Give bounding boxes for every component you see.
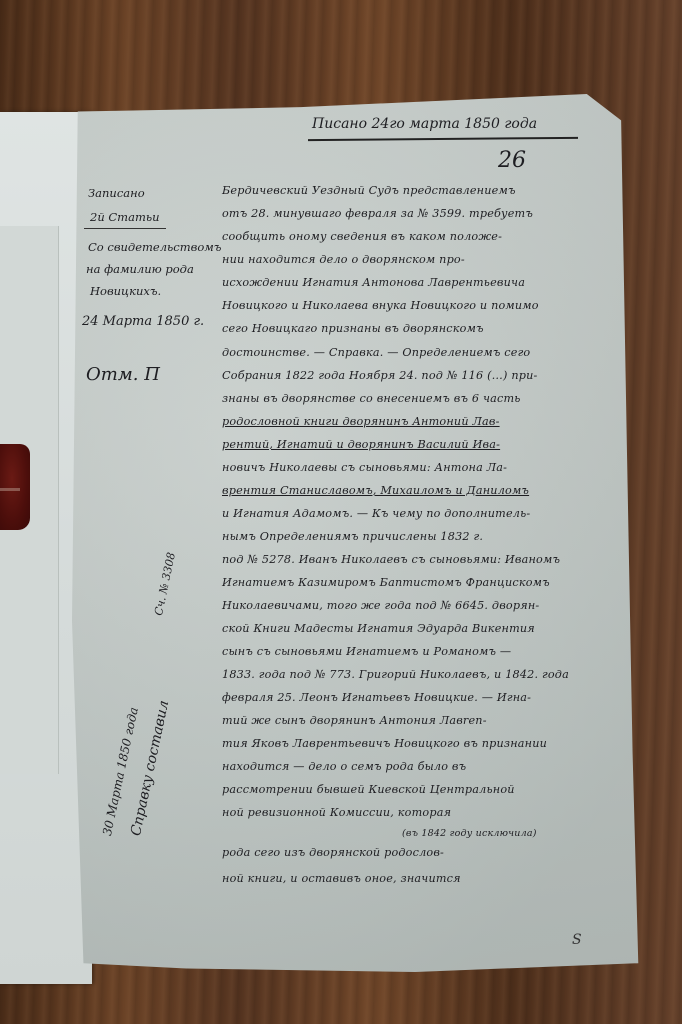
interlinear-insertion: (въ 1842 году исключила) — [402, 828, 537, 839]
wax-seal — [0, 444, 30, 530]
body-line: сынъ съ сыновьями Игнатиемъ и Романомъ — — [222, 645, 511, 658]
body-line: Николаевичами, того же года под № 6645. … — [222, 599, 539, 612]
document-header: Писано 24го марта 1850 года — [312, 116, 537, 132]
folio-number: 26 — [498, 148, 526, 173]
document-page: Писано 24го марта 1850 года 26 Записано … — [72, 94, 644, 972]
margin-note: Записано — [88, 186, 145, 200]
end-mark: S — [572, 932, 582, 948]
body-line: Собрания 1822 года Ноября 24. под № 116 … — [222, 369, 538, 382]
body-line: рода сего изъ дворянской родослов- — [222, 846, 444, 859]
body-line: ной книги, и оставивъ оное, значится — [222, 872, 461, 885]
body-line: нии находится дело о дворянском про- — [222, 253, 465, 266]
body-line: под № 5278. Иванъ Николаевъ съ сыновьями… — [222, 553, 560, 566]
body-line: Новицкого и Николаева внука Новицкого и … — [222, 299, 539, 312]
body-line: тия Яковъ Лаврентьевичъ Новицкого въ при… — [222, 737, 547, 750]
body-line: новичъ Николаевы съ сыновьями: Антона Ла… — [222, 461, 507, 474]
body-line: ной ревизионной Комиссии, которая — [222, 806, 451, 819]
margin-note: Со свидетельствомъ — [88, 240, 221, 254]
body-line: нымъ Определениямъ причислены 1832 г. — [222, 530, 483, 543]
body-line: Бердичевский Уездный Судъ представлением… — [222, 184, 516, 197]
body-line: тий же сынъ дворянинъ Антония Лавren- — [222, 714, 487, 727]
margin-note: 2й Статьи — [90, 210, 160, 224]
body-line: 1833. года под № 773. Григорий Николаевъ… — [222, 668, 569, 681]
body-line: отъ 28. минувшаго февраля за № 3599. тре… — [222, 207, 533, 220]
body-line: Игнатиемъ Казимиромъ Баптистомъ Франциск… — [222, 576, 550, 589]
body-line: находится — дело о семъ рода было въ — [222, 760, 466, 773]
body-line: исхождении Игнатия Антонова Лаврентьевич… — [222, 276, 525, 289]
margin-note: на фамилию рода — [86, 262, 194, 276]
margin-rule — [84, 228, 166, 229]
body-line: врентия Станиславомъ, Михаиломъ и Данило… — [222, 484, 529, 497]
body-line: достоинстве. — Справка. — Определениемъ … — [222, 346, 530, 359]
body-line: сего Новицкаго признаны въ дворянскомъ — [222, 322, 484, 335]
body-line: февраля 25. Леонъ Игнатьевъ Новицкие. — … — [222, 691, 531, 704]
body-line: рентий, Игнатий и дворянинъ Василий Ива- — [222, 438, 500, 451]
body-line: и Игнатия Адамомъ. — Къ чему по дополнит… — [222, 507, 530, 520]
margin-signature: Отм. П — [86, 364, 160, 385]
body-line: сообщить оному сведения въ каком положе- — [222, 230, 502, 243]
body-line: рассмотрении бывшей Киевской Центральной — [222, 783, 515, 796]
body-line: ской Книги Мадесты Игнатия Эдуарда Викен… — [222, 622, 535, 635]
margin-note: Новицкихъ. — [90, 284, 161, 298]
body-line: родословной книги дворянинъ Антоний Лав- — [222, 415, 500, 428]
body-line: знаны въ дворянстве со внесениемъ въ 6 ч… — [222, 392, 521, 405]
margin-note: 24 Марта 1850 г. — [82, 314, 204, 329]
